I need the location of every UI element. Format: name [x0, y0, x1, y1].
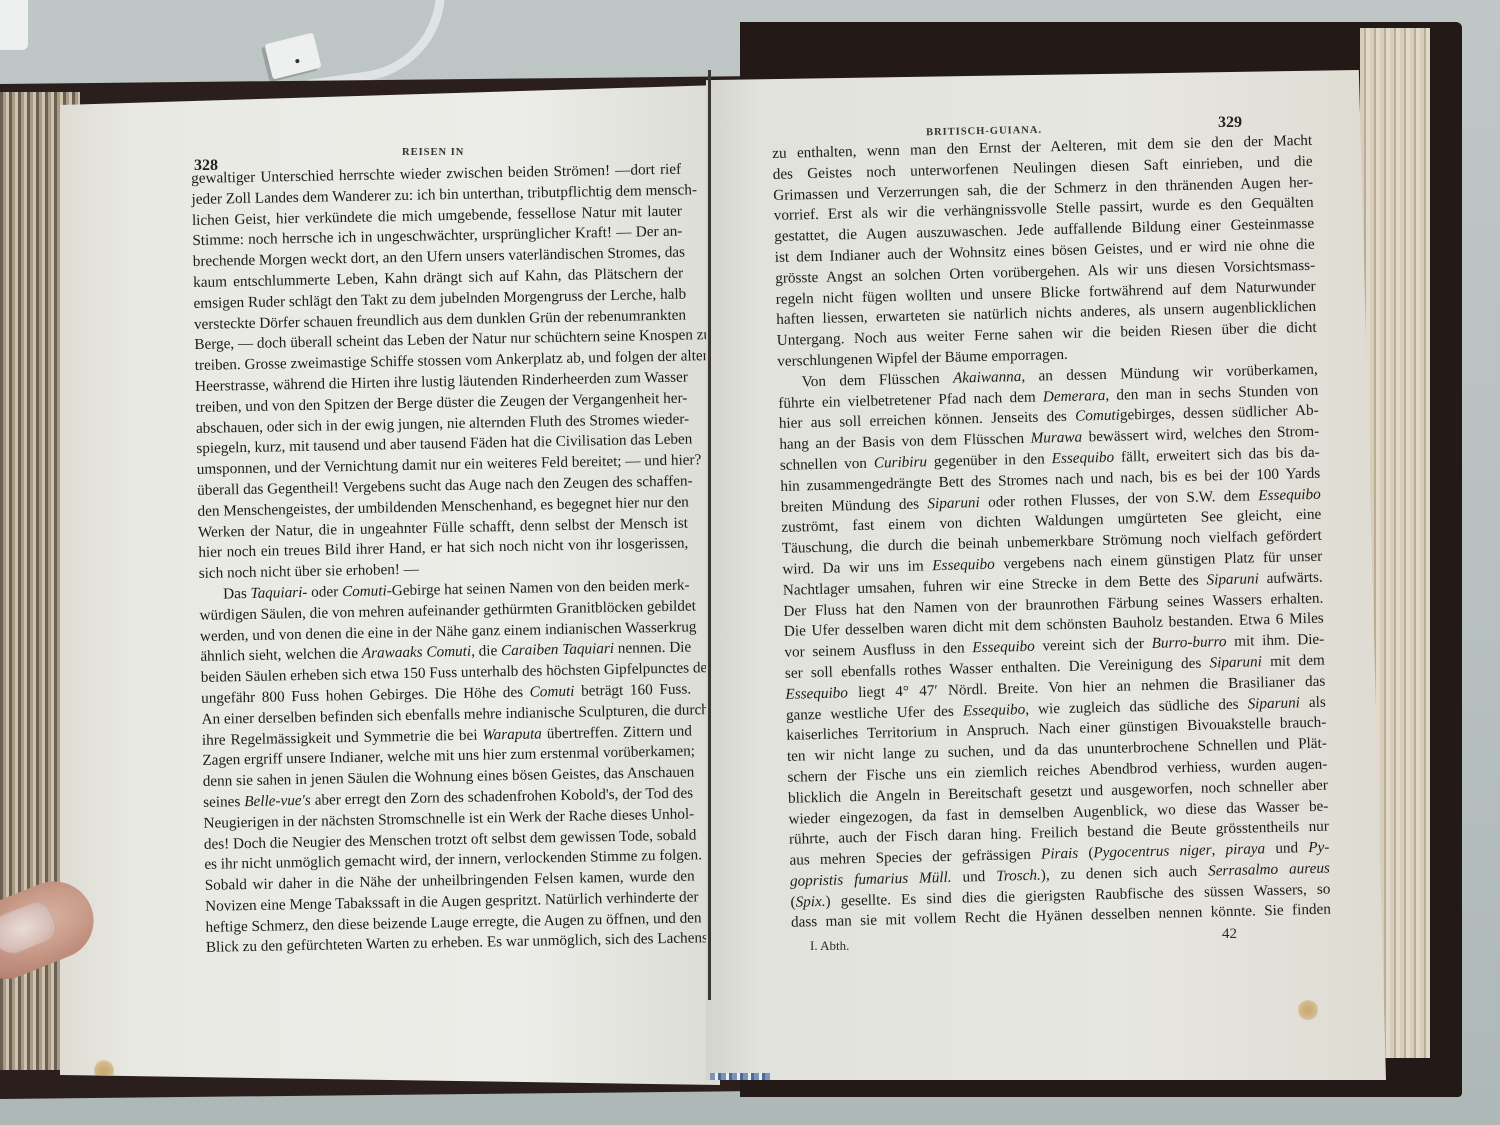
foxing-stain: [1298, 1000, 1318, 1020]
body-text: gewaltiger Unterschied herrschte wieder …: [191, 160, 696, 960]
thumbnail-nail: [0, 897, 61, 960]
sheet-number: 42: [1222, 926, 1237, 943]
book-headband: [710, 1073, 770, 1080]
white-object: [0, 0, 28, 50]
plug-dot: [295, 59, 300, 64]
running-head: BRITISCH-GUIANA.: [926, 125, 1042, 138]
signature-mark: I. Abth.: [810, 938, 849, 954]
left-page: 328 REISEN IN gewaltiger Unterschied her…: [60, 85, 720, 1085]
book-gutter: [708, 70, 711, 1000]
right-page: 329 BRITISCH-GUIANA. zu enthalten, wenn …: [706, 70, 1386, 1080]
running-head: REISEN IN: [402, 147, 464, 158]
page-number: 329: [1218, 114, 1242, 132]
body-text: zu enthalten, wenn man den Ernst der Ael…: [772, 131, 1331, 934]
